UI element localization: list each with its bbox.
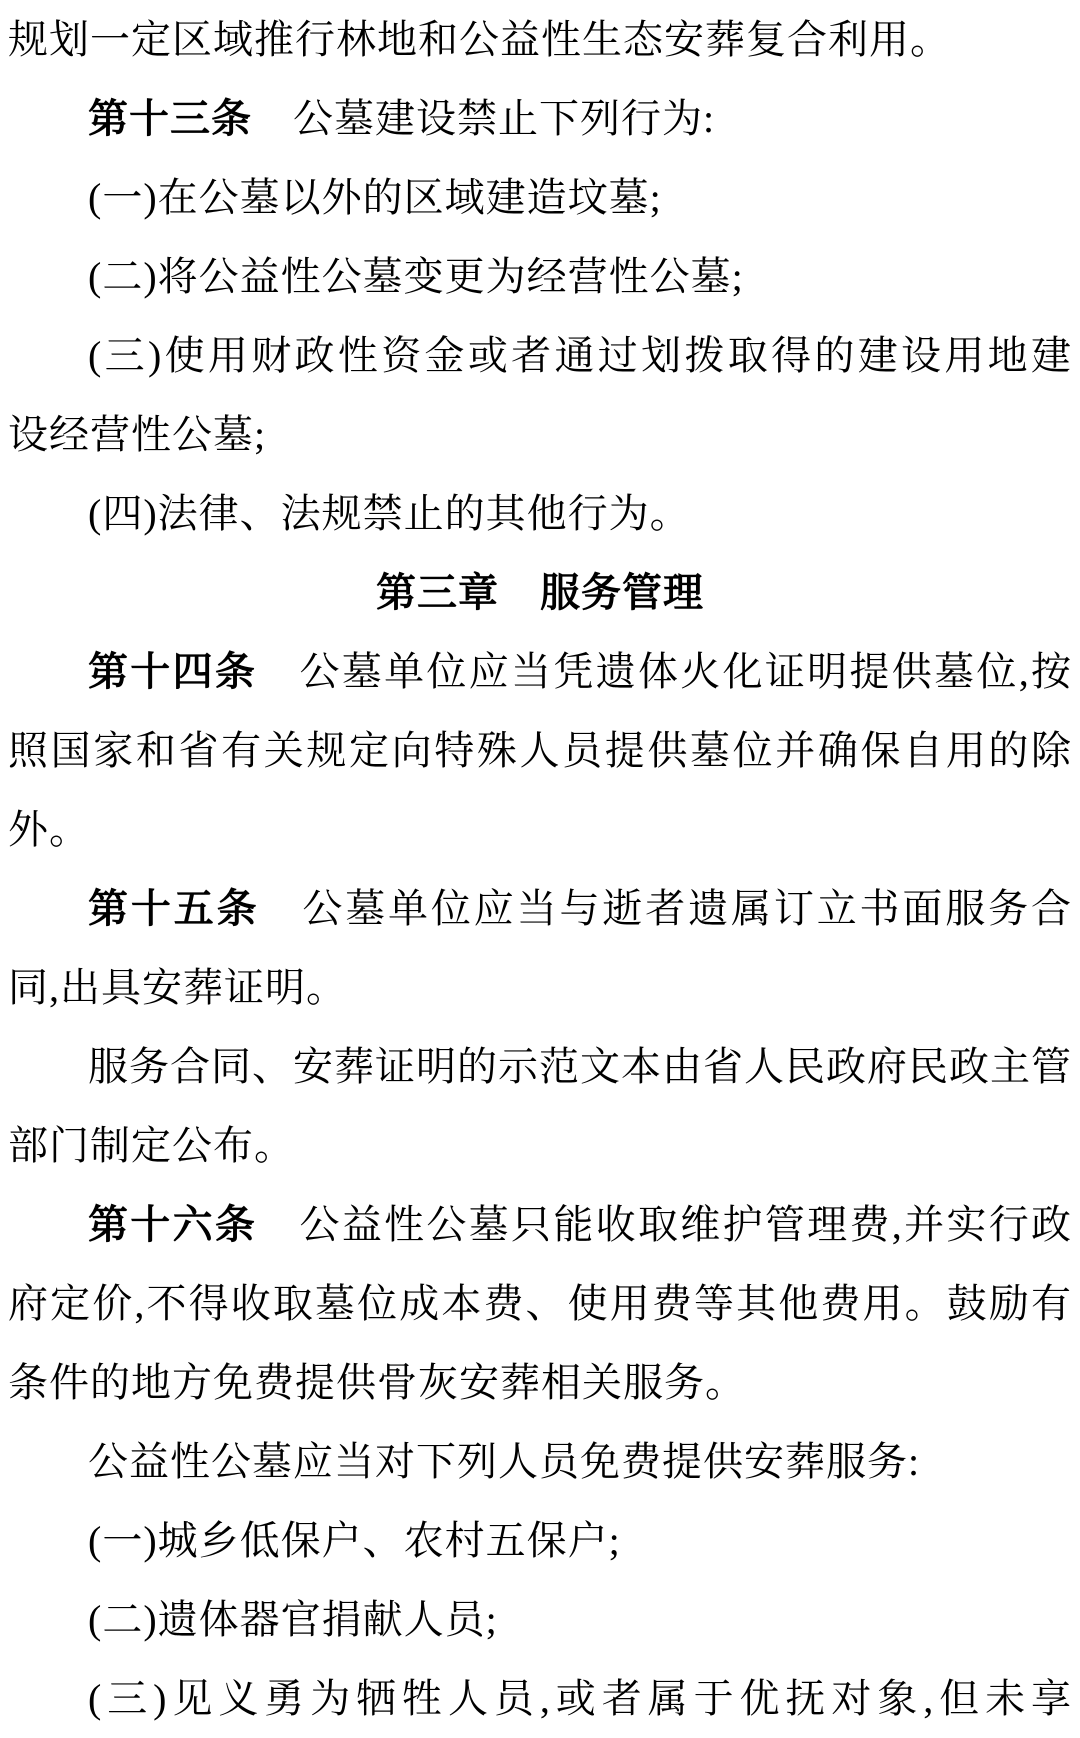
body-text: 公墓单位应当凭遗体火化证明提供墓位,按 <box>257 649 1072 694</box>
text-line-1: 规划一定区域推行林地和公益性生态安葬复合利用。 <box>8 0 1072 79</box>
bold-heading-text: 第三章 服务管理 <box>376 571 704 615</box>
text-line-11: 外。 <box>8 790 1072 869</box>
text-line-22: (三)见义勇为牺牲人员,或者属于优抚对象,但未享 <box>8 1659 1072 1738</box>
body-text: (一)在公墓以外的区域建造坟墓; <box>88 175 662 220</box>
text-line-15: 部门制定公布。 <box>8 1106 1072 1185</box>
document-page: 规划一定区域推行林地和公益性生态安葬复合利用。第十三条 公墓建设禁止下列行为:(… <box>0 0 1080 1738</box>
body-text: 公墓建设禁止下列行为: <box>252 96 715 141</box>
body-text: 规划一定区域推行林地和公益性生态安葬复合利用。 <box>8 17 951 62</box>
body-text: 同,出具安葬证明。 <box>8 965 347 1010</box>
text-line-10: 照国家和省有关规定向特殊人员提供墓位并确保自用的除 <box>8 711 1072 790</box>
body-text: 府定价,不得收取墓位成本费、使用费等其他费用。鼓励有 <box>8 1281 1072 1326</box>
bold-heading-text: 第十三条 <box>88 97 252 141</box>
body-text: 公益性公墓只能收取维护管理费,并实行政 <box>257 1202 1072 1247</box>
text-line-21: (二)遗体器官捐献人员; <box>8 1580 1072 1659</box>
body-text: (三)见义勇为牺牲人员,或者属于优抚对象,但未享 <box>88 1676 1072 1721</box>
text-line-17: 府定价,不得收取墓位成本费、使用费等其他费用。鼓励有 <box>8 1264 1072 1343</box>
body-text: 设经营性公墓; <box>8 412 266 457</box>
text-line-5: (三)使用财政性资金或者通过划拨取得的建设用地建 <box>8 316 1072 395</box>
body-text: 公益性公墓应当对下列人员免费提供安葬服务: <box>88 1439 920 1484</box>
body-text: 部门制定公布。 <box>8 1123 295 1168</box>
text-line-14: 服务合同、安葬证明的示范文本由省人民政府民政主管 <box>8 1027 1072 1106</box>
text-line-18: 条件的地方免费提供骨灰安葬相关服务。 <box>8 1343 1072 1422</box>
body-text: 条件的地方免费提供骨灰安葬相关服务。 <box>8 1360 746 1405</box>
text-line-20: (一)城乡低保户、农村五保户; <box>8 1501 1072 1580</box>
bold-heading-text: 第十五条 <box>88 887 259 931</box>
text-line-3: (一)在公墓以外的区域建造坟墓; <box>8 158 1072 237</box>
chapter-heading: 第三章 服务管理 <box>8 553 1072 632</box>
text-line-9: 第十四条 公墓单位应当凭遗体火化证明提供墓位,按 <box>8 632 1072 711</box>
text-line-2: 第十三条 公墓建设禁止下列行为: <box>8 79 1072 158</box>
body-text: (三)使用财政性资金或者通过划拨取得的建设用地建 <box>88 333 1072 378</box>
body-text: (一)城乡低保户、农村五保户; <box>88 1518 621 1563</box>
body-text: 服务合同、安葬证明的示范文本由省人民政府民政主管 <box>88 1044 1072 1089</box>
text-line-19: 公益性公墓应当对下列人员免费提供安葬服务: <box>8 1422 1072 1501</box>
body-text: 照国家和省有关规定向特殊人员提供墓位并确保自用的除 <box>8 728 1072 773</box>
body-text: (二)将公益性公墓变更为经营性公墓; <box>88 254 744 299</box>
bold-heading-text: 第十四条 <box>88 650 257 694</box>
body-text: (二)遗体器官捐献人员; <box>88 1597 498 1642</box>
body-text: 外。 <box>8 807 90 852</box>
text-line-4: (二)将公益性公墓变更为经营性公墓; <box>8 237 1072 316</box>
text-line-12: 第十五条 公墓单位应当与逝者遗属订立书面服务合 <box>8 869 1072 948</box>
text-line-13: 同,出具安葬证明。 <box>8 948 1072 1027</box>
text-line-16: 第十六条 公益性公墓只能收取维护管理费,并实行政 <box>8 1185 1072 1264</box>
body-text: (四)法律、法规禁止的其他行为。 <box>88 491 691 536</box>
text-line-6: 设经营性公墓; <box>8 395 1072 474</box>
body-text: 公墓单位应当与逝者遗属订立书面服务合 <box>259 886 1072 931</box>
text-line-7: (四)法律、法规禁止的其他行为。 <box>8 474 1072 553</box>
bold-heading-text: 第十六条 <box>88 1203 257 1247</box>
